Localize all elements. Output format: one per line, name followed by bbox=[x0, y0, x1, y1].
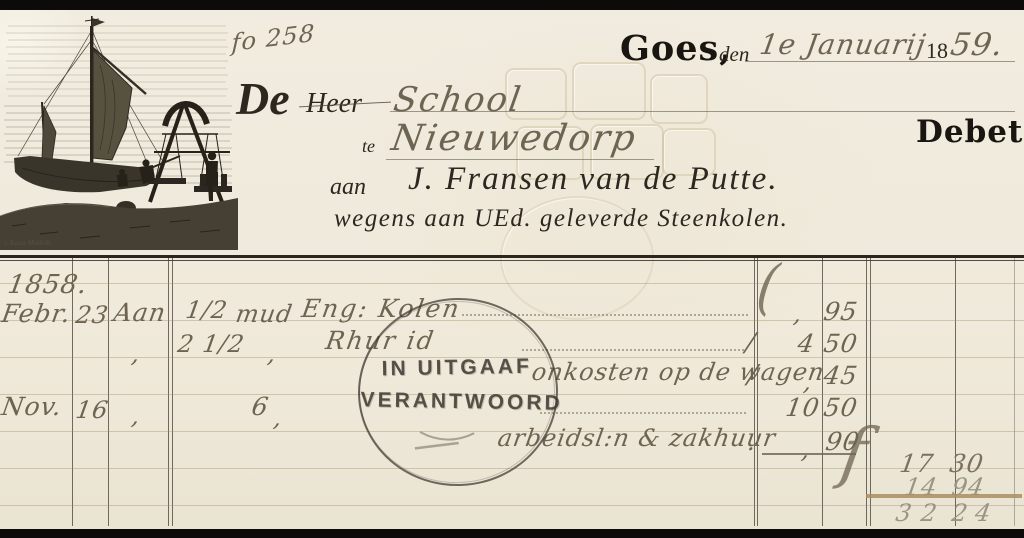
embossed-watermark bbox=[650, 74, 708, 124]
stamp-line-1: IN UITGAAF bbox=[359, 354, 555, 381]
entry-unit: mud bbox=[234, 300, 295, 328]
grand-total-cents: 24 bbox=[950, 499, 1001, 527]
weighing-tripod bbox=[148, 102, 232, 202]
entry-unit: , bbox=[266, 340, 279, 368]
den-label: den bbox=[719, 42, 749, 67]
column-rule bbox=[1014, 258, 1015, 526]
entry-cents: 95 bbox=[822, 297, 860, 326]
folio-note: fo 258 bbox=[231, 19, 316, 57]
grand-total-guilders: 32 bbox=[894, 499, 949, 527]
year-printed: 18 bbox=[926, 38, 948, 64]
entry-qty: 1/2 bbox=[184, 296, 230, 324]
entry-guilders: , bbox=[800, 436, 813, 464]
entry-aan: Aan bbox=[112, 298, 169, 327]
invoice-scan: v. Kaast Middelb. fo 258 Goes, den 1e Ja… bbox=[0, 0, 1024, 538]
addressee-rule bbox=[390, 111, 1015, 112]
row-rule bbox=[0, 283, 1024, 284]
entry-desc: onkosten op de wagen bbox=[530, 358, 827, 386]
de-label: De bbox=[236, 72, 290, 125]
entry-day: 16 bbox=[74, 396, 111, 424]
town-rule bbox=[386, 159, 654, 160]
place-label: Goes, bbox=[620, 28, 732, 69]
grand-total-rule bbox=[866, 494, 1022, 498]
pencil-scribble bbox=[355, 295, 560, 489]
date-handwritten: 1e Januarij bbox=[757, 28, 928, 61]
row-rule bbox=[0, 505, 1024, 506]
entry-qty: 6 bbox=[250, 392, 271, 421]
column-rule bbox=[870, 258, 871, 526]
entry-qty: 2 1/2 bbox=[176, 330, 247, 358]
entry-aan: , bbox=[130, 340, 143, 368]
entry-month: Nov. bbox=[0, 392, 64, 421]
year-handwritten: 59. bbox=[948, 27, 1006, 63]
entry-month: Febr. bbox=[0, 299, 73, 328]
column-rule bbox=[822, 258, 823, 526]
harbor-engraving: v. Kaast Middelb. bbox=[0, 10, 238, 250]
entry-aan: , bbox=[130, 402, 143, 430]
entry-guilders: , bbox=[792, 300, 805, 328]
in-uitgaaf-stamp: IN UITGAAF VERANTWOORD bbox=[353, 293, 563, 491]
entry-unit: , bbox=[272, 404, 285, 432]
aan-label: aan bbox=[330, 174, 366, 201]
scan-border-bottom bbox=[0, 529, 1024, 538]
stamp-line-2: VERANTWOORD bbox=[360, 388, 556, 415]
engraver-caption: v. Kaast Middelb. bbox=[4, 240, 52, 247]
entry-cents: 50 bbox=[822, 329, 860, 358]
te-label: te bbox=[362, 136, 375, 157]
column-rule bbox=[866, 258, 867, 526]
debet-label: Debet bbox=[916, 114, 1023, 150]
addressee-name: School bbox=[391, 80, 525, 120]
column-rule bbox=[172, 258, 173, 526]
entry-guilders: 4 bbox=[796, 329, 817, 358]
column-rule bbox=[108, 258, 109, 526]
wegens-line: wegens aan UEd. geleverde Steenkolen. bbox=[334, 205, 788, 233]
town-name: Nieuwedorp bbox=[389, 118, 640, 159]
scan-border-top bbox=[0, 0, 1024, 10]
sailing-boat bbox=[14, 16, 180, 192]
dotted-leader bbox=[522, 349, 744, 351]
entry-cents: 45 bbox=[822, 361, 860, 390]
flourish-mark: / bbox=[744, 328, 759, 358]
entry-guilders: 10 bbox=[784, 393, 822, 422]
florin-sign: f bbox=[836, 414, 874, 491]
entry-day: 23 bbox=[74, 301, 111, 329]
entry-year: 1858. bbox=[6, 270, 90, 300]
seller-name: J. Fransen van de Putte. bbox=[408, 161, 779, 198]
column-rule bbox=[754, 258, 755, 526]
dotted-leader bbox=[540, 412, 746, 414]
